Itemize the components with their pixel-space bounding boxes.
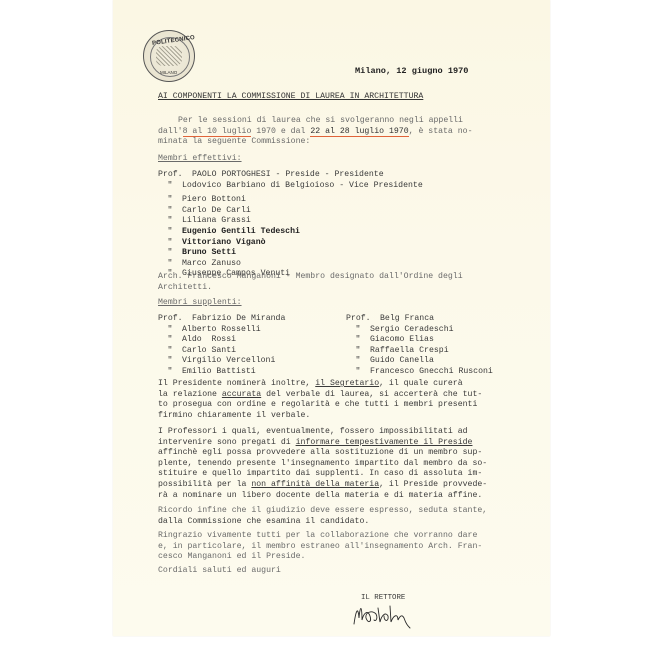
name-row: "Lodovico Barbiano di Belgioioso - Vice … [158,181,423,192]
intro-paragraph: Per le sessioni di laurea che si svolger… [158,116,473,148]
row-name: Emilio Battisti [182,367,256,376]
name-row: "Alberto Rosselli [158,325,285,336]
intro-line-1: Per le sessioni di laurea che si svolger… [158,116,473,127]
p3-line-1: Ricordo infine che il giudizio deve esse… [158,506,487,517]
p4-line-3: cesco Manganoni ed il Preside. [158,552,482,563]
row-prefix: " [158,181,182,192]
row-prefix: " [346,346,370,357]
intro-text: dall' [158,127,183,136]
row-prefix: " [346,335,370,346]
row-name: Sergio Ceradeschi [370,325,454,334]
p2-line-1: I Professori i quali, eventualmente, fos… [158,427,487,438]
name-row: "Giacomo Elias [346,335,493,346]
row-name: Carlo De Carli [182,206,251,215]
row-prefix: " [158,238,182,249]
effettivi-title: Membri effettivi: [158,154,242,165]
p2-line-5: stituire e quello impartito dai supplent… [158,469,487,480]
name-row: "Eugenio Gentili Tedeschi [158,227,423,238]
row-name: Carlo Santi [182,346,236,355]
row-name: Marco Zanuso [182,259,241,268]
row-prefix: " [158,367,182,378]
name-row: "Marco Zanuso [158,259,423,270]
name-row: "Virgilio Vercelloni [158,356,285,367]
name-row: "Aldo Rossi [158,335,285,346]
p1-text: Il Presidente nominerà inoltre, [158,379,315,388]
row-prefix: " [158,216,182,227]
row-prefix: " [346,325,370,336]
name-row: "Guido Canella [346,356,493,367]
row-name: Guido Canella [370,356,434,365]
row-name: Alberto Rosselli [182,325,261,334]
row-name: Giacomo Elias [370,335,434,344]
intro-line-2: dall'8 al 10 luglio 1970 e dal 22 al 28 … [158,127,473,138]
p2-underline-affinity: non affinità della materia [251,480,379,489]
p2-text: , il Preside provvede- [379,480,487,489]
name-row: Prof.Fabrizio De Miranda [158,314,285,325]
effettivi-list: Prof.PAOLO PORTOGHESI - Preside - Presid… [158,170,423,280]
seal-bottom-text: MILANO [160,70,177,75]
name-row: Prof.Belg Franca [346,314,493,325]
row-prefix: " [158,259,182,270]
date-line: Milano, 12 giugno 1970 [355,66,468,77]
row-prefix: " [158,346,182,357]
p4-line-1: Ringrazio vivamente tutti per la collabo… [158,531,482,542]
row-name: Piero Bottoni [182,195,246,204]
row-prefix: " [158,356,182,367]
closing-greeting: Cordiali saluti ed auguri [158,566,281,577]
row-prefix: " [346,356,370,367]
p2-text: intervenire sono pregati di [158,438,296,447]
p4-line-2: e, in particolare, il membro estraneo al… [158,542,482,553]
p1-underline-secretary: il Segretario [315,379,379,388]
name-row: "Bruno Setti [158,248,423,259]
row-name: Eugenio Gentili Tedeschi [182,227,300,236]
row-prefix: " [158,195,182,206]
row-prefix: " [158,248,182,259]
name-row: Prof.PAOLO PORTOGHESI - Preside - Presid… [158,170,423,181]
dates-highlight-2: 22 al 28 luglio 1970 [310,127,408,137]
supplenti-title: Membri supplenti: [158,298,242,309]
p1-line-3: to prosegua con ordine e regolarità e ch… [158,400,482,411]
name-row: "Francesco Gnecchi Rusconi [346,367,493,378]
name-row: "Carlo De Carli [158,206,423,217]
name-row: "Piero Bottoni [158,195,423,206]
p1-text: del verbale di laurea, si accerterà che … [261,390,482,399]
row-name: PAOLO PORTOGHESI - Preside - Presidente [192,170,384,179]
p1-text: , il quale curerà [379,379,463,388]
paragraph-thanks: Ringrazio vivamente tutti per la collabo… [158,531,482,563]
intro-text: 1970 e dal [251,127,310,136]
row-name: Virgilio Vercelloni [182,356,275,365]
name-row: "Vittoriano Viganò [158,238,423,249]
row-name: Vittoriano Viganò [182,238,266,247]
row-prefix: Prof. [158,170,192,181]
row-prefix: " [158,206,182,217]
p1-line-1: Il Presidente nominerà inoltre, il Segre… [158,379,482,390]
dates-highlight-1: 8 al 10 luglio [183,127,252,137]
row-name: Raffaella Crespi [370,346,449,355]
p3-line-2: dalla Commissione che esamina il candida… [158,517,487,528]
arch-line-1: Arch. Francesco Manganoni - Membro desig… [158,272,463,283]
row-name: Aldo Rossi [182,335,236,344]
paragraph-judgment: Ricordo infine che il giudizio deve esse… [158,506,487,527]
letter-heading: AI COMPONENTI LA COMMISSIONE DI LAUREA I… [158,92,423,103]
p1-line-2: la relazione accurata del verbale di lau… [158,390,482,401]
name-row: "Emilio Battisti [158,367,285,378]
row-prefix: Prof. [346,314,380,325]
politecnico-seal-logo: POLITECNICO MILANO [143,30,195,82]
name-row: "Liliana Grassi [158,216,423,227]
p2-underline-inform: informare tempestivamente il Preside [296,438,473,447]
p1-line-4: firmino chiaramente il verbale. [158,411,482,422]
supplenti-left-list: Prof.Fabrizio De Miranda"Alberto Rossell… [158,314,285,378]
name-row: "Sergio Ceradeschi [346,325,493,336]
row-prefix: " [158,227,182,238]
paragraph-secretary: Il Presidente nominerà inoltre, il Segre… [158,379,482,421]
rector-signature-icon [350,600,430,630]
row-prefix: " [158,335,182,346]
name-row: "Raffaella Crespi [346,346,493,357]
row-name: Liliana Grassi [182,216,251,225]
paragraph-professors: I Professori i quali, eventualmente, fos… [158,427,487,501]
p1-underline-accurate: accurata [222,390,261,399]
row-prefix: " [158,325,182,336]
p1-text: la relazione [158,390,222,399]
p2-line-2: intervenire sono pregati di informare te… [158,438,487,449]
arch-line-2: Architetti. [158,283,463,294]
row-name: Bruno Setti [182,248,236,257]
row-name: Francesco Gnecchi Rusconi [370,367,493,376]
supplenti-right-list: Prof.Belg Franca"Sergio Ceradeschi"Giaco… [346,314,493,378]
p2-text: possibilità per la [158,480,251,489]
row-name: Fabrizio De Miranda [192,314,285,323]
row-prefix: " [346,367,370,378]
p2-line-6: possibilità per la non affinità della ma… [158,480,487,491]
name-row: "Carlo Santi [158,346,285,357]
seal-figures-icon [156,46,182,66]
row-name: Lodovico Barbiano di Belgioioso - Vice P… [182,181,423,190]
intro-line-3: minata la seguente Commissione: [158,137,473,148]
p2-line-4: plente, tenendo presente l'insegnamento … [158,459,487,470]
intro-text: , è stata no- [409,127,473,136]
p2-line-3: affinchè egli possa provvedere alla sost… [158,448,487,459]
row-prefix: Prof. [158,314,192,325]
arch-designate: Arch. Francesco Manganoni - Membro desig… [158,272,463,293]
row-name: Belg Franca [380,314,434,323]
p2-line-7: rà a nominare un libero docente della ma… [158,491,487,502]
